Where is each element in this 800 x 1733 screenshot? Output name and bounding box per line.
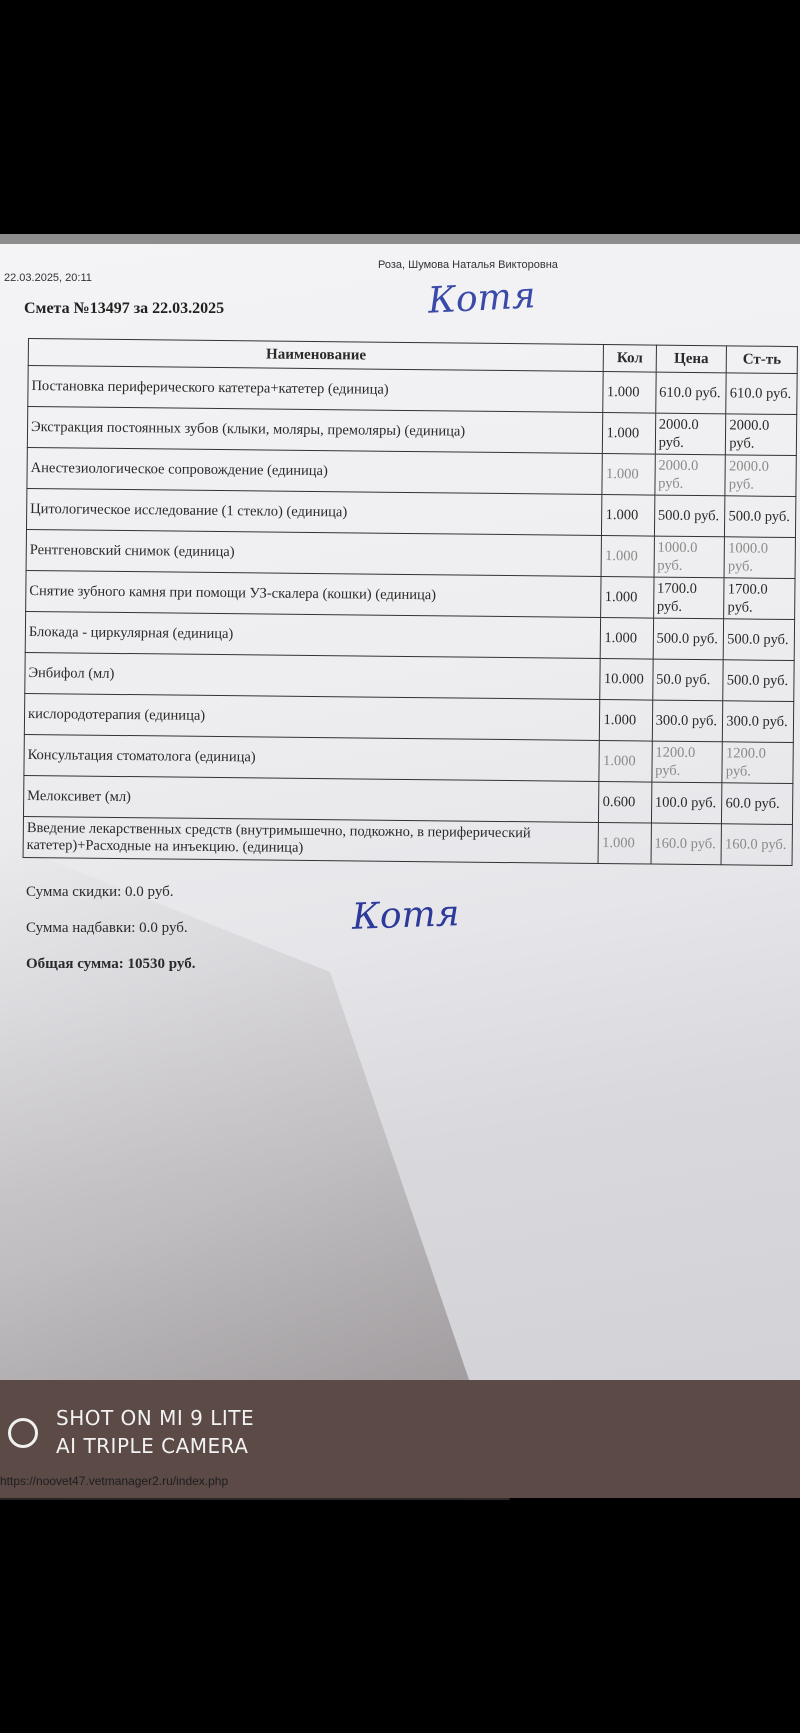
item-name: Консультация стоматолога (единица): [24, 734, 600, 781]
item-qty: 1.000: [601, 577, 654, 619]
item-price: 610.0 руб.: [655, 372, 726, 414]
item-cost: 1200.0 руб.: [722, 742, 793, 784]
item-qty: 1.000: [602, 495, 655, 537]
item-qty: 10.000: [600, 659, 653, 701]
item-cost: 610.0 руб.: [726, 373, 797, 415]
item-price: 160.0 руб.: [651, 823, 722, 865]
page-url: https://noovet47.vetmanager2.ru/index.ph…: [0, 1474, 228, 1488]
print-timestamp: 22.03.2025, 20:11: [4, 272, 92, 284]
item-price: 50.0 руб.: [652, 659, 723, 701]
item-name: Энбифол (мл): [25, 652, 601, 699]
item-cost: 300.0 руб.: [723, 701, 794, 743]
item-name: Рентгеновский снимок (единица): [26, 529, 602, 576]
item-qty: 0.600: [599, 782, 652, 824]
discount-sum: Сумма скидки: 0.0 руб.: [26, 884, 174, 901]
item-price: 1700.0 руб.: [653, 577, 724, 619]
item-name: Анестезиологическое сопровождение (едини…: [27, 447, 603, 494]
column-header-price: Цена: [656, 345, 727, 373]
item-qty: 1.000: [598, 823, 651, 865]
handwritten-signature-bottom: Котя: [351, 893, 460, 938]
item-price: 1200.0 руб.: [652, 741, 723, 783]
item-cost: 2000.0 руб.: [726, 414, 797, 456]
item-cost: 1700.0 руб.: [724, 578, 795, 620]
camera-watermark-line2: AI TRIPLE CAMERA: [56, 1434, 248, 1458]
item-name: Снятие зубного камня при помощи УЗ-скале…: [26, 570, 602, 617]
item-cost: 500.0 руб.: [723, 660, 794, 702]
item-price: 500.0 руб.: [653, 618, 724, 660]
table-row: Введение лекарственных средств (внутримы…: [23, 816, 792, 865]
camera-logo-icon: [8, 1418, 38, 1448]
item-qty: 1.000: [603, 372, 656, 414]
item-cost: 160.0 руб.: [721, 824, 792, 866]
item-cost: 500.0 руб.: [725, 496, 796, 538]
client-name: Роза, Шумова Наталья Викторовна: [378, 259, 558, 271]
document-title: Смета №13497 за 22.03.2025: [24, 300, 224, 318]
total-sum: Общая сумма: 10530 руб.: [26, 956, 195, 973]
item-cost: 500.0 руб.: [723, 619, 794, 661]
item-qty: 1.000: [603, 413, 656, 455]
item-price: 500.0 руб.: [654, 495, 725, 537]
item-qty: 1.000: [601, 618, 654, 660]
camera-watermark-line1: SHOT ON MI 9 LITE: [56, 1406, 254, 1430]
item-name: Экстракция постоянных зубов (клыки, моля…: [27, 407, 603, 454]
paper-top-edge: [0, 234, 800, 244]
item-cost: 1000.0 руб.: [724, 537, 795, 579]
item-name: кислородотерапия (единица): [24, 693, 600, 740]
item-cost: 60.0 руб.: [722, 783, 793, 825]
item-qty: 1.000: [599, 741, 652, 783]
item-name: Блокада - циркулярная (единица): [25, 611, 601, 658]
item-name: Мелоксивет (мл): [23, 775, 599, 822]
markup-sum: Сумма надбавки: 0.0 руб.: [26, 920, 188, 937]
item-qty: 1.000: [602, 536, 655, 578]
item-name: Введение лекарственных средств (внутримы…: [23, 816, 599, 863]
item-price: 2000.0 руб.: [655, 454, 726, 496]
column-header-cost: Ст-ть: [727, 346, 798, 374]
handwritten-signature: Котя: [427, 275, 537, 322]
item-cost: 2000.0 руб.: [725, 455, 796, 497]
item-name: Постановка периферического катетера+кате…: [28, 366, 604, 413]
item-price: 300.0 руб.: [652, 700, 723, 742]
item-name: Цитологическое исследование (1 стекло) (…: [26, 488, 602, 535]
item-qty: 1.000: [600, 700, 653, 742]
item-price: 100.0 руб.: [651, 782, 722, 824]
item-price: 2000.0 руб.: [655, 413, 726, 455]
estimate-table: Наименование Кол Цена Ст-ть Постановка п…: [23, 338, 798, 866]
item-qty: 1.000: [602, 454, 655, 496]
column-header-qty: Кол: [604, 345, 656, 373]
item-price: 1000.0 руб.: [654, 536, 725, 578]
